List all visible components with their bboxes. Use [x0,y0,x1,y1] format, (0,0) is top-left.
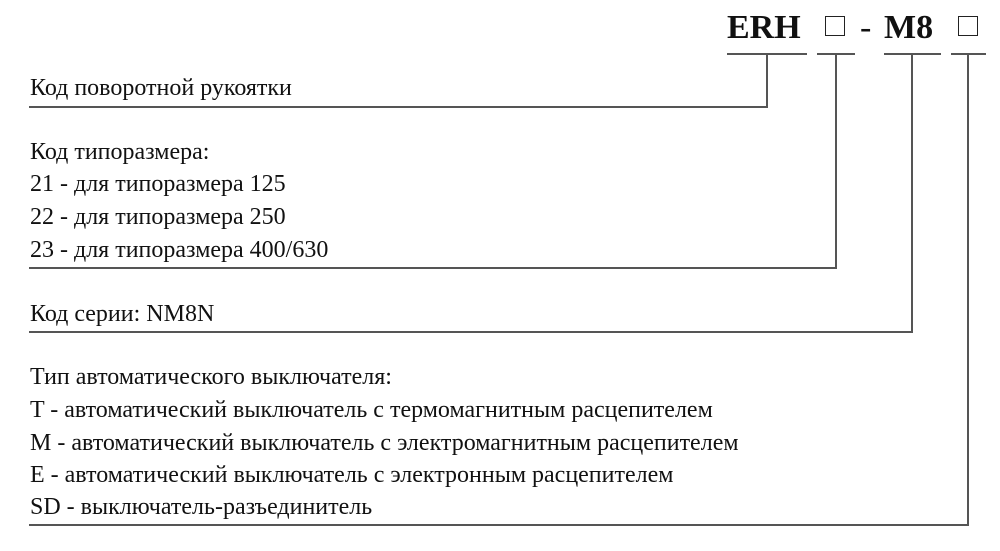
code-prefix: ERH [727,8,801,48]
series-code-underline [29,331,913,333]
size-code-22: 22 - для типоразмера 250 [30,204,286,231]
type-leader [967,53,969,526]
size-code-23: 23 - для типоразмера 400/630 [30,237,328,264]
code-separator: - [860,8,871,48]
size-code-underline [29,267,837,269]
breaker-type-m: M - автоматический выключатель с электро… [30,430,739,457]
size-placeholder-box [825,16,845,36]
type-placeholder-box [958,16,978,36]
breaker-type-t: T - автоматический выключатель с термома… [30,397,713,424]
handle-code-underline [29,106,768,108]
prefix-leader [766,53,768,108]
breaker-type-e: E - автоматический выключатель с электро… [30,462,673,489]
code-series: M8 [884,8,933,48]
series-code-label: Код серии: NM8N [30,301,214,328]
series-leader [911,53,913,333]
breaker-type-sd: SD - выключатель-разъединитель [30,494,372,521]
handle-code-label: Код поворотной рукоятки [30,75,292,102]
breaker-type-underline [29,524,969,526]
size-code-title: Код типоразмера: [30,139,209,166]
size-code-21: 21 - для типоразмера 125 [30,171,286,198]
size-leader [835,53,837,269]
breaker-type-title: Тип автоматического выключателя: [30,364,392,391]
